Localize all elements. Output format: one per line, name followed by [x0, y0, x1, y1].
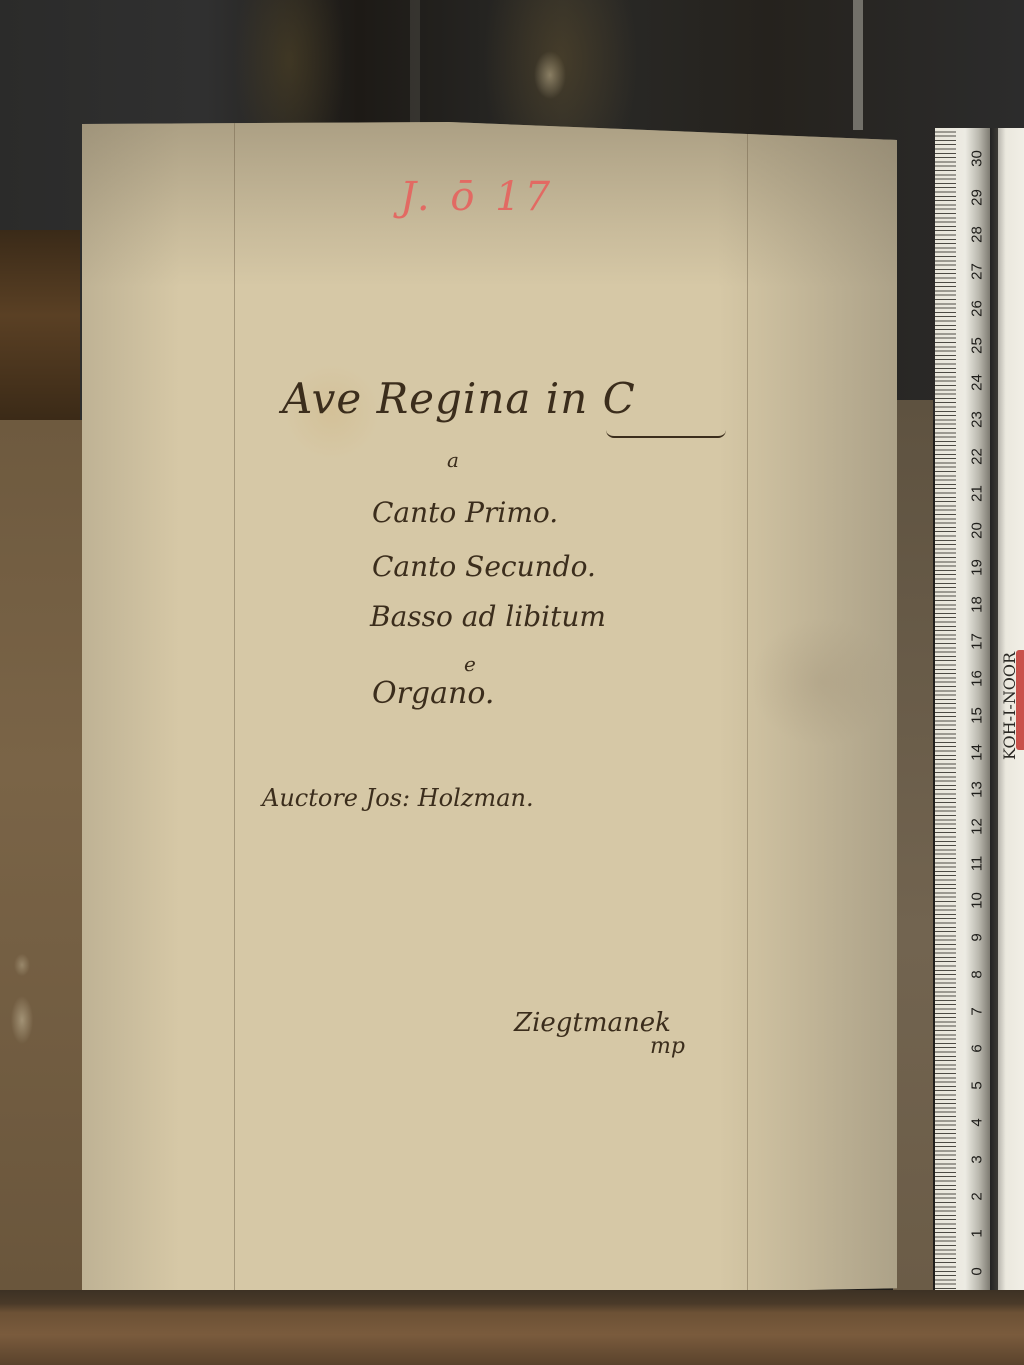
ruler-label: 0 [969, 1260, 986, 1284]
ruler-label: 18 [969, 593, 986, 617]
ruler-label: 11 [969, 852, 986, 876]
voice-canto-secundo: Canto Secundo. [372, 550, 596, 583]
manuscript-page: J. ō 17 Ave Regina in C a Canto Primo. C… [82, 122, 897, 1300]
ruler-label: 1 [969, 1222, 986, 1246]
ruler-label: 12 [969, 815, 986, 839]
ruler-label: 27 [969, 260, 986, 284]
ruler-label: 13 [969, 778, 986, 802]
ruler-label: 23 [969, 408, 986, 432]
voice-organo: Organo. [372, 676, 494, 711]
ruler-label: 6 [969, 1037, 986, 1061]
shelfmark: J. ō 17 [400, 174, 554, 220]
wooden-shelf [0, 1290, 1024, 1365]
wooden-balusters [0, 230, 80, 420]
ruler-label: 24 [969, 371, 986, 395]
conjunction-e: e [464, 652, 476, 676]
ruler-label: 16 [969, 667, 986, 691]
ruler-label: 5 [969, 1074, 986, 1098]
ruler-label: 29 [969, 186, 986, 210]
ruler-label: 17 [969, 630, 986, 654]
fold-line-right [747, 122, 748, 1300]
ruler-label: 8 [969, 963, 986, 987]
author-line: Auctore Jos: Holzman. [262, 784, 534, 812]
owner-signature: Ziegtmanek [514, 1008, 671, 1038]
ruler-label: 14 [969, 741, 986, 765]
manuscript-title: Ave Regina in C [282, 374, 636, 423]
ruler-label: 7 [969, 1000, 986, 1024]
background-pipe [853, 0, 863, 130]
brand-label: KOH-I-NOOR [1000, 652, 1019, 760]
ruler-label: 28 [969, 223, 986, 247]
ruler-label: 2 [969, 1185, 986, 1209]
ruler-label: 10 [969, 889, 986, 913]
voice-canto-primo: Canto Primo. [372, 496, 558, 529]
ruler-label: 30 [969, 147, 986, 171]
ruler-label: 3 [969, 1148, 986, 1172]
ruler-label: 25 [969, 334, 986, 358]
ruler-label: 22 [969, 445, 986, 469]
ruler-label: 4 [969, 1111, 986, 1135]
ruler-label: 15 [969, 704, 986, 728]
voice-basso: Basso ad libitum [370, 600, 606, 633]
ruler-shadow [990, 128, 998, 1296]
ruler-ticks [935, 128, 973, 1296]
signature-suffix: mp [650, 1034, 685, 1059]
ruler-label: 21 [969, 482, 986, 506]
ruler-label: 26 [969, 297, 986, 321]
ruler-label: 9 [969, 926, 986, 950]
fold-line-left [234, 122, 235, 1300]
ruler-label: 20 [969, 519, 986, 543]
wooden-board-right [893, 400, 933, 1290]
centimeter-ruler: 0 1 2 3 4 5 6 7 8 9 10 11 12 13 14 15 16… [935, 128, 990, 1296]
ruler-label: 19 [969, 556, 986, 580]
title-flourish [606, 430, 726, 438]
conjunction-a: a [447, 448, 459, 472]
